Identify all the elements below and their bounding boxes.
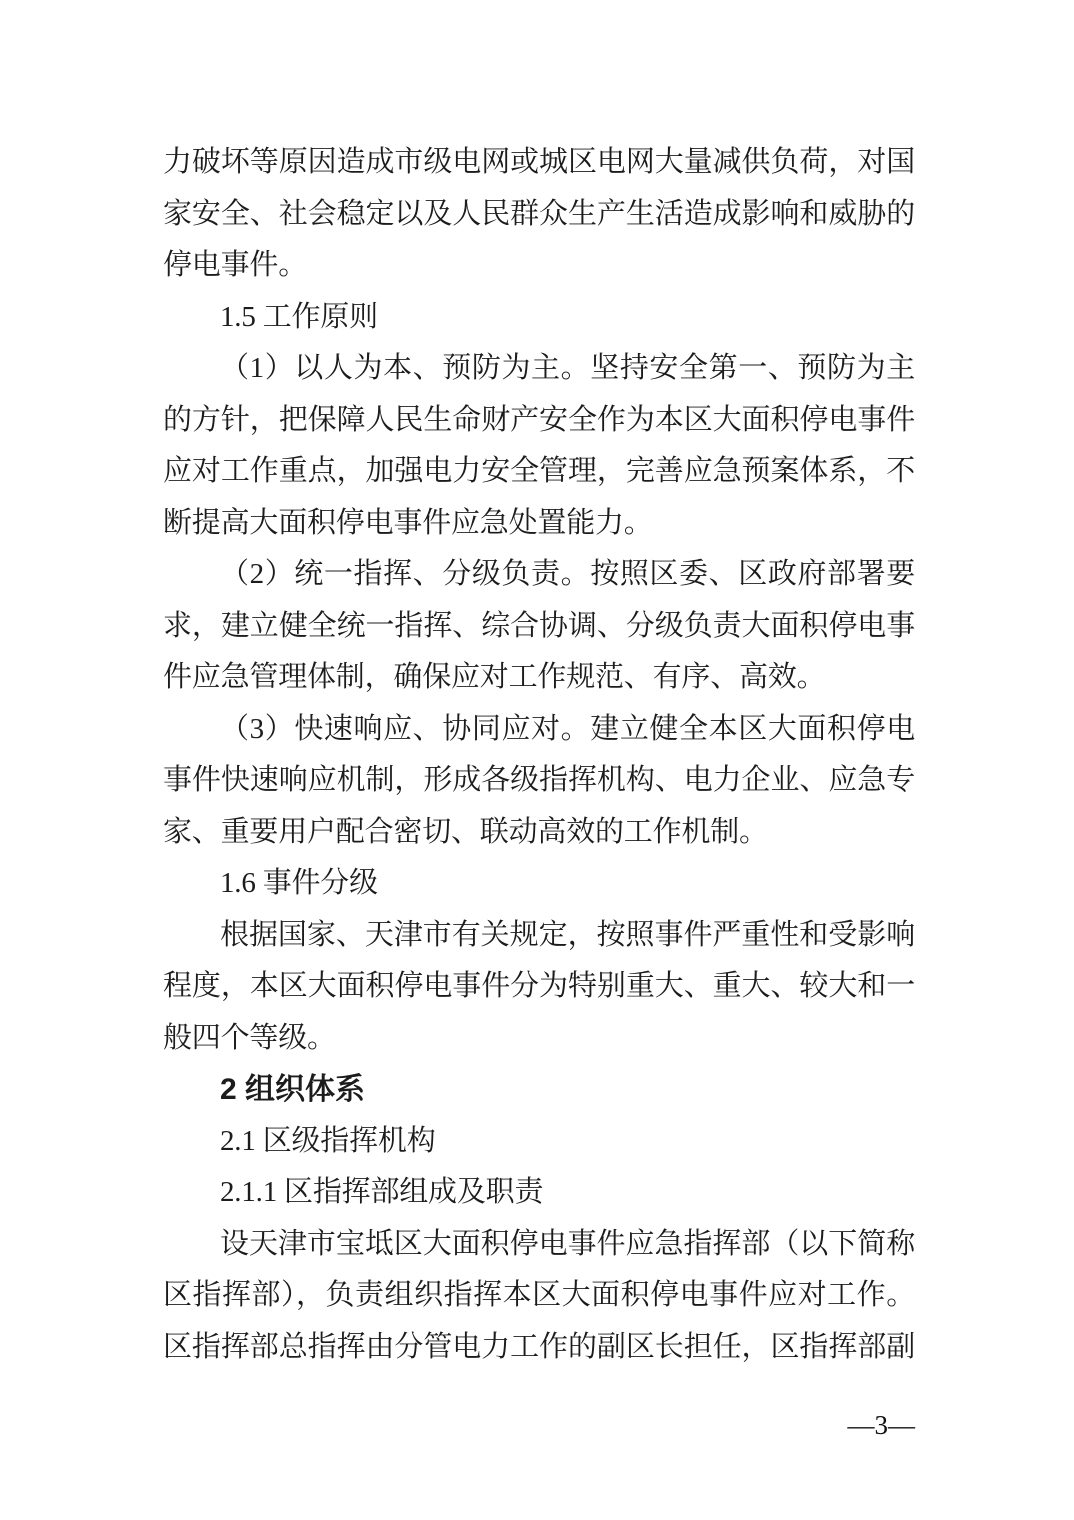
heading-1-5: 1.5 工作原则 (163, 292, 915, 344)
body-line: 区指挥部总指挥由分管电力工作的副区长担任，区指挥部副 (163, 1322, 915, 1374)
body-line: （3）快速响应、协同应对。建立健全本区大面积停电 (163, 704, 915, 756)
body-line: 事件快速响应机制，形成各级指挥机构、电力企业、应急专 (163, 755, 915, 807)
body-line: 力破坏等原因造成市级电网或城区电网大量减供负荷，对国 (163, 137, 915, 189)
heading-2-1-1: 2.1.1 区指挥部组成及职责 (163, 1167, 915, 1219)
body-line: 断提高大面积停电事件应急处置能力。 (163, 498, 915, 550)
document-page: 力破坏等原因造成市级电网或城区电网大量减供负荷，对国 家安全、社会稳定以及人民群… (0, 0, 1074, 1520)
body-line: （1）以人为本、预防为主。坚持安全第一、预防为主 (163, 343, 915, 395)
body-line: 根据国家、天津市有关规定，按照事件严重性和受影响 (163, 910, 915, 962)
heading-1-6: 1.6 事件分级 (163, 858, 915, 910)
heading-2: 2 组织体系 (163, 1064, 915, 1116)
body-line: 区指挥部），负责组织指挥本区大面积停电事件应对工作。 (163, 1270, 915, 1322)
body-line: 般四个等级。 (163, 1013, 915, 1065)
document-body: 力破坏等原因造成市级电网或城区电网大量减供负荷，对国 家安全、社会稳定以及人民群… (163, 137, 915, 1373)
body-line: 停电事件。 (163, 240, 915, 292)
body-line: 求，建立健全统一指挥、综合协调、分级负责大面积停电事 (163, 601, 915, 653)
body-line: 件应急管理体制，确保应对工作规范、有序、高效。 (163, 652, 915, 704)
body-line: 家、重要用户配合密切、联动高效的工作机制。 (163, 807, 915, 859)
body-line: 程度，本区大面积停电事件分为特别重大、重大、较大和一 (163, 961, 915, 1013)
heading-2-1: 2.1 区级指挥机构 (163, 1116, 915, 1168)
body-line: （2）统一指挥、分级负责。按照区委、区政府部署要 (163, 549, 915, 601)
page-number: —3— (163, 1410, 915, 1440)
body-line: 设天津市宝坻区大面积停电事件应急指挥部（以下简称 (163, 1219, 915, 1271)
body-line: 家安全、社会稳定以及人民群众生产生活造成影响和威胁的 (163, 189, 915, 241)
body-line: 的方针，把保障人民生命财产安全作为本区大面积停电事件 (163, 395, 915, 447)
body-line: 应对工作重点，加强电力安全管理，完善应急预案体系，不 (163, 446, 915, 498)
